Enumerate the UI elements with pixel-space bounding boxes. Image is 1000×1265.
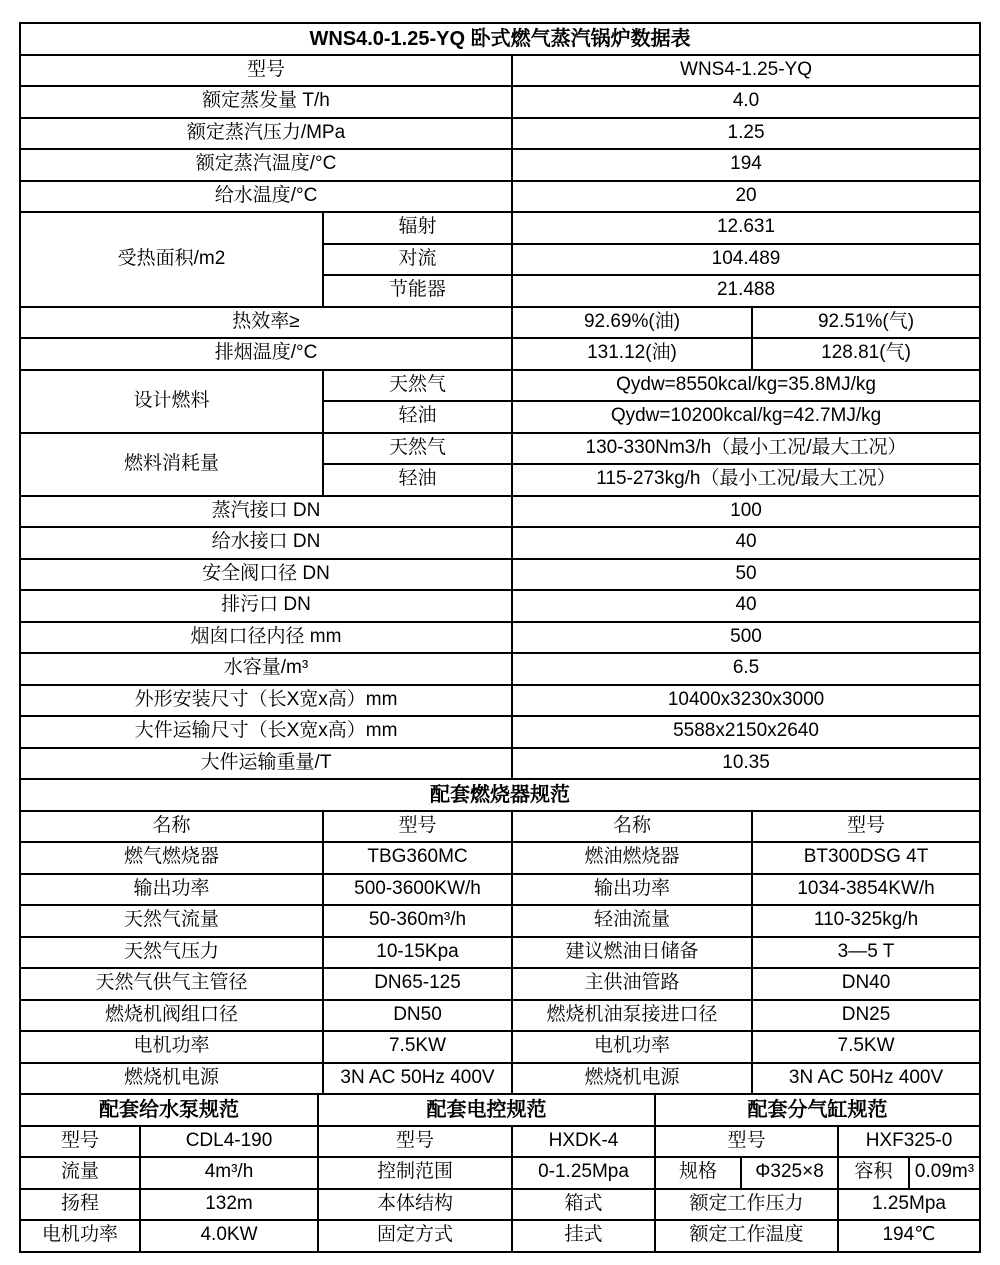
table-cell: 1.25Mpa xyxy=(838,1189,980,1221)
table-cell: 燃烧机电源 xyxy=(512,1063,752,1095)
table-row: 型号WNS4-1.25-YQ xyxy=(20,55,980,87)
table-row: 燃料消耗量天然气130-330Nm3/h（最小工况/最大工况） xyxy=(20,433,980,465)
table-row: 电机功率4.0KW固定方式挂式额定工作温度194℃ xyxy=(20,1220,980,1252)
table-cell: 型号 xyxy=(20,55,512,87)
table-cell: Φ325×8 xyxy=(741,1157,838,1189)
table-cell: HXDK-4 xyxy=(512,1126,655,1158)
table-cell: 给水温度/°C xyxy=(20,181,512,213)
table-cell: 132m xyxy=(140,1189,318,1221)
table-cell: 4.0 xyxy=(512,86,980,118)
electric-section-header: 配套电控规范 xyxy=(318,1094,655,1126)
table-cell: 3N AC 50Hz 400V xyxy=(323,1063,512,1095)
table-cell: 型号 xyxy=(752,811,980,843)
table-cell: 1.25 xyxy=(512,118,980,150)
table-cell: 100 xyxy=(512,496,980,528)
table-cell: 3N AC 50Hz 400V xyxy=(752,1063,980,1095)
table-cell: 4m³/h xyxy=(140,1157,318,1189)
table-cell: 给水接口 DN xyxy=(20,527,512,559)
table-cell: 天然气 xyxy=(323,433,512,465)
table-cell: 20 xyxy=(512,181,980,213)
table-cell: 烟囱口径内径 mm xyxy=(20,622,512,654)
table-cell: 蒸汽接口 DN xyxy=(20,496,512,528)
table-cell: 型号 xyxy=(318,1126,512,1158)
table-cell: 箱式 xyxy=(512,1189,655,1221)
table-cell: 194 xyxy=(512,149,980,181)
table-cell: Qydw=8550kcal/kg=35.8MJ/kg xyxy=(512,370,980,402)
table-row: 排污口 DN40 xyxy=(20,590,980,622)
table-cell: DN40 xyxy=(752,968,980,1000)
table-cell: 天然气压力 xyxy=(20,937,323,969)
table-cell: 110-325kg/h xyxy=(752,905,980,937)
table-row: 水容量/m³6.5 xyxy=(20,653,980,685)
table-cell: 燃烧机油泵接进口径 xyxy=(512,1000,752,1032)
table-cell: 输出功率 xyxy=(512,874,752,906)
table-cell: 天然气供气主管径 xyxy=(20,968,323,1000)
table-cell: 轻油 xyxy=(323,401,512,433)
table-row: 给水接口 DN40 xyxy=(20,527,980,559)
table-cell: 名称 xyxy=(512,811,752,843)
table-row: 燃烧机阀组口径DN50燃烧机油泵接进口径DN25 xyxy=(20,1000,980,1032)
table-cell: 大件运输重量/T xyxy=(20,748,512,780)
table-cell: 128.81(气) xyxy=(752,338,980,370)
table-cell: 大件运输尺寸（长X宽x高）mm xyxy=(20,716,512,748)
table-cell: 1034-3854KW/h xyxy=(752,874,980,906)
table-cell: 额定蒸汽温度/°C xyxy=(20,149,512,181)
table-cell: 排烟温度/°C xyxy=(20,338,512,370)
table-cell: 天然气流量 xyxy=(20,905,323,937)
table-cell: 天然气 xyxy=(323,370,512,402)
table-row: 给水温度/°C20 xyxy=(20,181,980,213)
table-row: 流量4m³/h控制范围0-1.25Mpa规格Φ325×8容积0.09m³ xyxy=(20,1157,980,1189)
table-cell: 排污口 DN xyxy=(20,590,512,622)
table-cell: 节能器 xyxy=(323,275,512,307)
table-cell: 对流 xyxy=(323,244,512,276)
table-row: 额定蒸汽温度/°C194 xyxy=(20,149,980,181)
feedpump-section-header: 配套给水泵规范 xyxy=(20,1094,318,1126)
table-row: WNS4.0-1.25-YQ 卧式燃气蒸汽锅炉数据表 xyxy=(20,23,980,55)
table-cell: 6.5 xyxy=(512,653,980,685)
table-row: 天然气供气主管径DN65-125主供油管路DN40 xyxy=(20,968,980,1000)
table-cell: 500 xyxy=(512,622,980,654)
table-row: 电机功率7.5KW电机功率7.5KW xyxy=(20,1031,980,1063)
table-cell: 主供油管路 xyxy=(512,968,752,1000)
table-cell: 50 xyxy=(512,559,980,591)
table-cell: 燃烧机电源 xyxy=(20,1063,323,1095)
table-row: 烟囱口径内径 mm500 xyxy=(20,622,980,654)
table-row: 天然气压力10-15Kpa建议燃油日储备3—5 T xyxy=(20,937,980,969)
table-cell: 安全阀口径 DN xyxy=(20,559,512,591)
table-cell: 输出功率 xyxy=(20,874,323,906)
table-cell: 额定蒸发量 T/h xyxy=(20,86,512,118)
table-cell: Qydw=10200kcal/kg=42.7MJ/kg xyxy=(512,401,980,433)
table-cell: 500-3600KW/h xyxy=(323,874,512,906)
table-cell: 0.09m³ xyxy=(909,1157,980,1189)
table-cell: 规格 xyxy=(655,1157,741,1189)
table-row: 外形安装尺寸（长X宽x高）mm10400x3230x3000 xyxy=(20,685,980,717)
table-cell: 本体结构 xyxy=(318,1189,512,1221)
table-cell: 轻油 xyxy=(323,464,512,496)
table-cell: DN50 xyxy=(323,1000,512,1032)
table-row: 名称型号名称型号 xyxy=(20,811,980,843)
table-row: 天然气流量50-360m³/h轻油流量110-325kg/h xyxy=(20,905,980,937)
table-cell: 130-330Nm3/h（最小工况/最大工况） xyxy=(512,433,980,465)
boiler-spec-table: WNS4.0-1.25-YQ 卧式燃气蒸汽锅炉数据表型号WNS4-1.25-YQ… xyxy=(19,22,981,1095)
table-cell: 外形安装尺寸（长X宽x高）mm xyxy=(20,685,512,717)
table-cell: 热效率≥ xyxy=(20,307,512,339)
table-cell: 辐射 xyxy=(323,212,512,244)
table-cell: 型号 xyxy=(655,1126,838,1158)
table-cell: 10-15Kpa xyxy=(323,937,512,969)
table-row: 安全阀口径 DN50 xyxy=(20,559,980,591)
table-row: 型号CDL4-190型号HXDK-4型号HXF325-0 xyxy=(20,1126,980,1158)
boiler-data-sheet: WNS4.0-1.25-YQ 卧式燃气蒸汽锅炉数据表型号WNS4-1.25-YQ… xyxy=(19,22,981,1253)
table-cell: 流量 xyxy=(20,1157,140,1189)
table-cell: 燃油燃烧器 xyxy=(512,842,752,874)
burner-section-header: 配套燃烧器规范 xyxy=(20,779,980,811)
table-cell: DN65-125 xyxy=(323,968,512,1000)
table-cell: 92.51%(气) xyxy=(752,307,980,339)
table-cell: HXF325-0 xyxy=(838,1126,980,1158)
table-cell: 控制范围 xyxy=(318,1157,512,1189)
table-cell: TBG360MC xyxy=(323,842,512,874)
table-cell: 燃气燃烧器 xyxy=(20,842,323,874)
table-cell: 型号 xyxy=(323,811,512,843)
table-cell: 受热面积/m2 xyxy=(20,212,323,307)
table-cell: 10400x3230x3000 xyxy=(512,685,980,717)
table-cell: 12.631 xyxy=(512,212,980,244)
table-cell: 名称 xyxy=(20,811,323,843)
table-cell: 挂式 xyxy=(512,1220,655,1252)
table-cell: 电机功率 xyxy=(20,1220,140,1252)
table-cell: 燃烧机阀组口径 xyxy=(20,1000,323,1032)
table-cell: 92.69%(油) xyxy=(512,307,752,339)
cylinder-section-header: 配套分气缸规范 xyxy=(655,1094,980,1126)
table-cell: 40 xyxy=(512,527,980,559)
table-row: 燃气燃烧器TBG360MC燃油燃烧器BT300DSG 4T xyxy=(20,842,980,874)
table-cell: 7.5KW xyxy=(323,1031,512,1063)
table-cell: 0-1.25Mpa xyxy=(512,1157,655,1189)
table-cell: 燃料消耗量 xyxy=(20,433,323,496)
table-row: 受热面积/m2辐射12.631 xyxy=(20,212,980,244)
table-title: WNS4.0-1.25-YQ 卧式燃气蒸汽锅炉数据表 xyxy=(20,23,980,55)
table-cell: CDL4-190 xyxy=(140,1126,318,1158)
accessory-spec-table: 配套给水泵规范配套电控规范配套分气缸规范型号CDL4-190型号HXDK-4型号… xyxy=(19,1093,981,1253)
table-cell: 额定工作压力 xyxy=(655,1189,838,1221)
table-cell: 115-273kg/h（最小工况/最大工况） xyxy=(512,464,980,496)
table-row: 额定蒸汽压力/MPa1.25 xyxy=(20,118,980,150)
table-cell: 7.5KW xyxy=(752,1031,980,1063)
table-cell: 50-360m³/h xyxy=(323,905,512,937)
table-cell: 型号 xyxy=(20,1126,140,1158)
table-row: 扬程132m本体结构箱式额定工作压力1.25Mpa xyxy=(20,1189,980,1221)
table-cell: 194℃ xyxy=(838,1220,980,1252)
table-row: 蒸汽接口 DN100 xyxy=(20,496,980,528)
table-cell: 轻油流量 xyxy=(512,905,752,937)
table-cell: 10.35 xyxy=(512,748,980,780)
table-row: 热效率≥92.69%(油)92.51%(气) xyxy=(20,307,980,339)
table-cell: BT300DSG 4T xyxy=(752,842,980,874)
table-cell: 固定方式 xyxy=(318,1220,512,1252)
table-row: 燃烧机电源3N AC 50Hz 400V燃烧机电源3N AC 50Hz 400V xyxy=(20,1063,980,1095)
table-cell: 设计燃料 xyxy=(20,370,323,433)
table-cell: 额定工作温度 xyxy=(655,1220,838,1252)
table-cell: 扬程 xyxy=(20,1189,140,1221)
table-cell: 40 xyxy=(512,590,980,622)
table-row: 大件运输重量/T10.35 xyxy=(20,748,980,780)
table-cell: WNS4-1.25-YQ xyxy=(512,55,980,87)
table-row: 排烟温度/°C131.12(油)128.81(气) xyxy=(20,338,980,370)
table-cell: 水容量/m³ xyxy=(20,653,512,685)
table-cell: 电机功率 xyxy=(512,1031,752,1063)
table-cell: 额定蒸汽压力/MPa xyxy=(20,118,512,150)
table-row: 额定蒸发量 T/h4.0 xyxy=(20,86,980,118)
table-row: 输出功率500-3600KW/h输出功率1034-3854KW/h xyxy=(20,874,980,906)
table-cell: 电机功率 xyxy=(20,1031,323,1063)
table-cell: 131.12(油) xyxy=(512,338,752,370)
table-row: 配套燃烧器规范 xyxy=(20,779,980,811)
table-cell: 4.0KW xyxy=(140,1220,318,1252)
table-cell: 容积 xyxy=(838,1157,909,1189)
table-row: 配套给水泵规范配套电控规范配套分气缸规范 xyxy=(20,1094,980,1126)
table-row: 设计燃料天然气Qydw=8550kcal/kg=35.8MJ/kg xyxy=(20,370,980,402)
table-cell: DN25 xyxy=(752,1000,980,1032)
table-cell: 3—5 T xyxy=(752,937,980,969)
table-cell: 建议燃油日储备 xyxy=(512,937,752,969)
table-cell: 104.489 xyxy=(512,244,980,276)
table-cell: 5588x2150x2640 xyxy=(512,716,980,748)
table-cell: 21.488 xyxy=(512,275,980,307)
table-row: 大件运输尺寸（长X宽x高）mm5588x2150x2640 xyxy=(20,716,980,748)
